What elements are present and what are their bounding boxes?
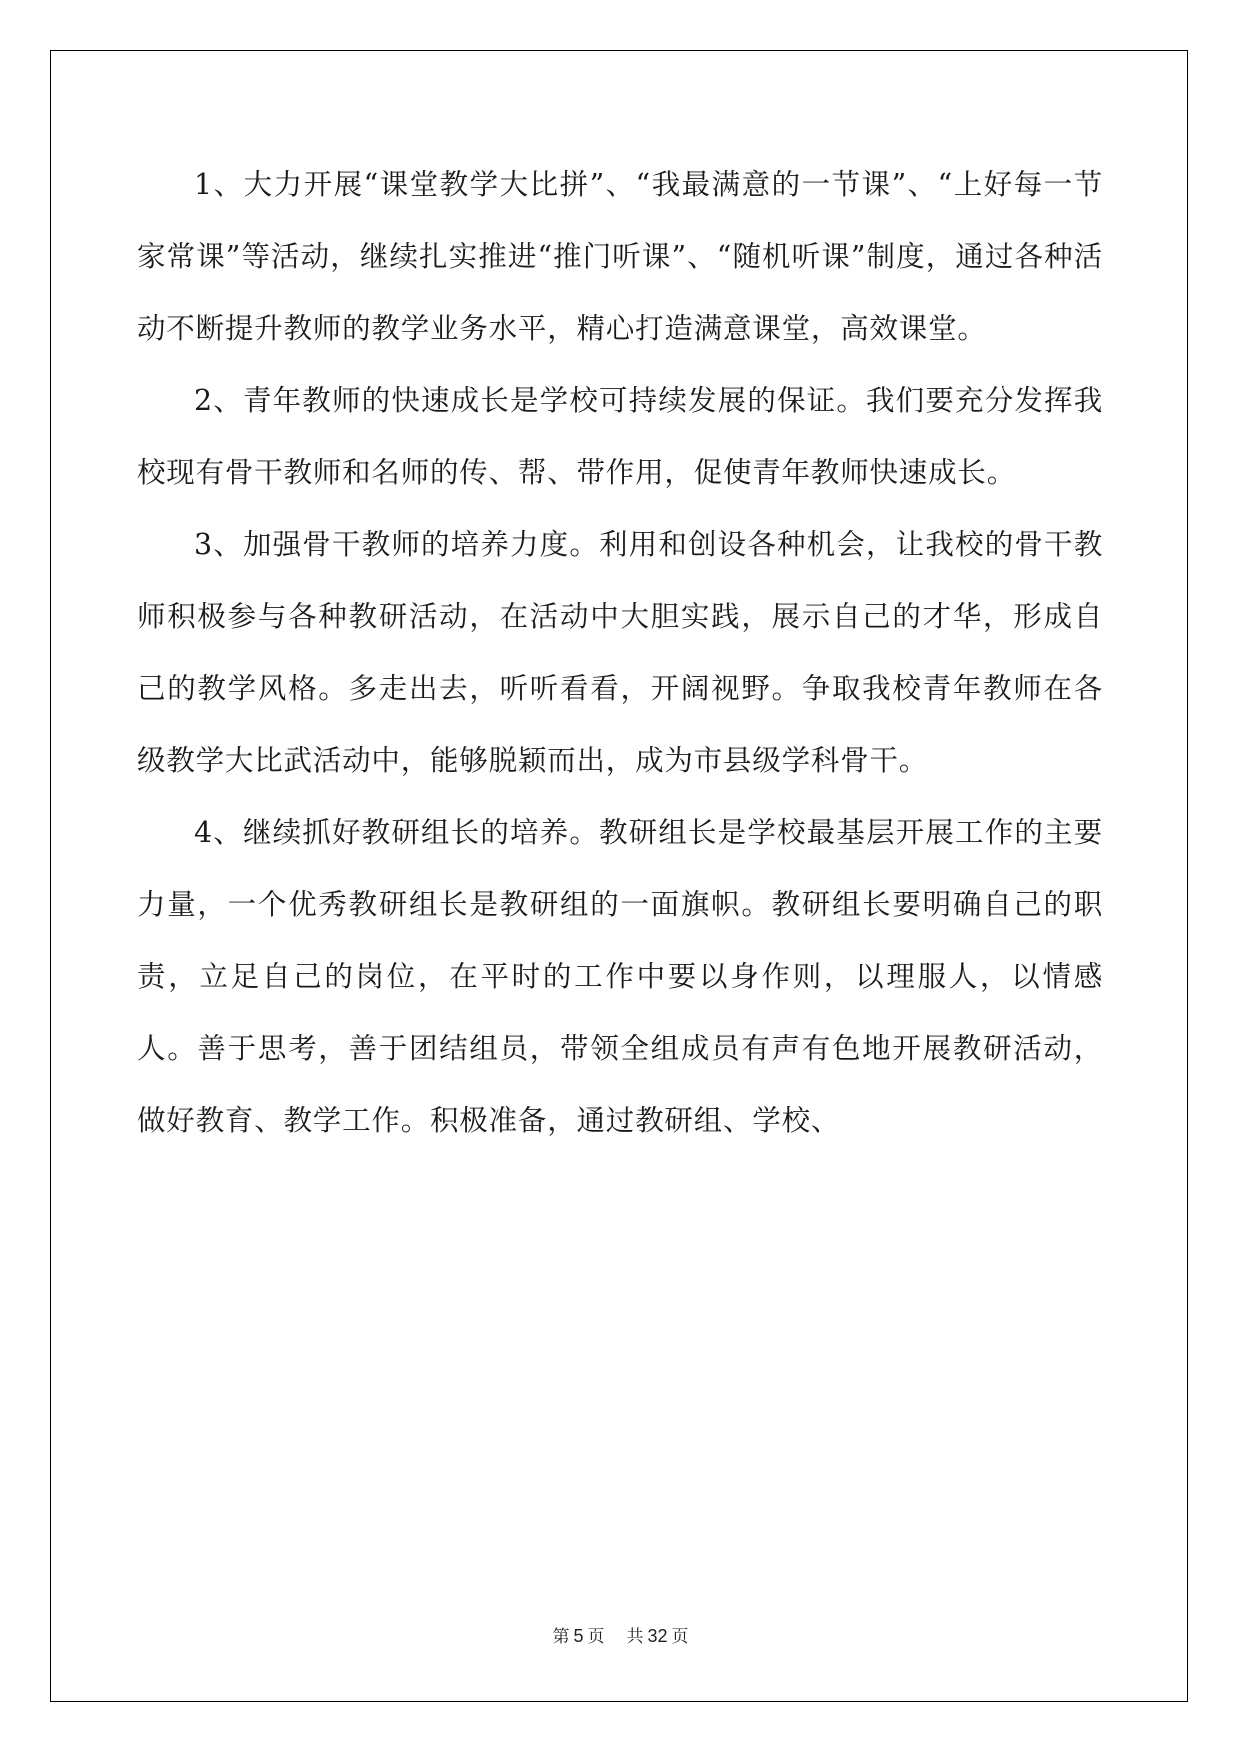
page-footer: 第5页共32页 [0, 1622, 1241, 1647]
document-body: 1、大力开展“课堂教学大比拼”、“我最满意的一节课”、“上好每一节家常课”等活动… [137, 149, 1103, 1157]
total-prefix: 共 [626, 1627, 643, 1647]
paragraph-4: 4、继续抓好教研组长的培养。教研组长是学校最基层开展工作的主要力量，一个优秀教研… [137, 797, 1103, 1157]
paragraph-2: 2、青年教师的快速成长是学校可持续发展的保证。我们要充分发挥我校现有骨干教师和名… [137, 365, 1103, 509]
total-pages-number: 32 [647, 1626, 667, 1646]
page-suffix: 页 [587, 1627, 604, 1647]
page-prefix: 第 [552, 1627, 569, 1647]
paragraph-1: 1、大力开展“课堂教学大比拼”、“我最满意的一节课”、“上好每一节家常课”等活动… [137, 149, 1103, 365]
current-page-number: 5 [573, 1626, 583, 1646]
total-suffix: 页 [672, 1627, 689, 1647]
paragraph-3: 3、加强骨干教师的培养力度。利用和创设各种机会，让我校的骨干教师积极参与各种教研… [137, 509, 1103, 797]
